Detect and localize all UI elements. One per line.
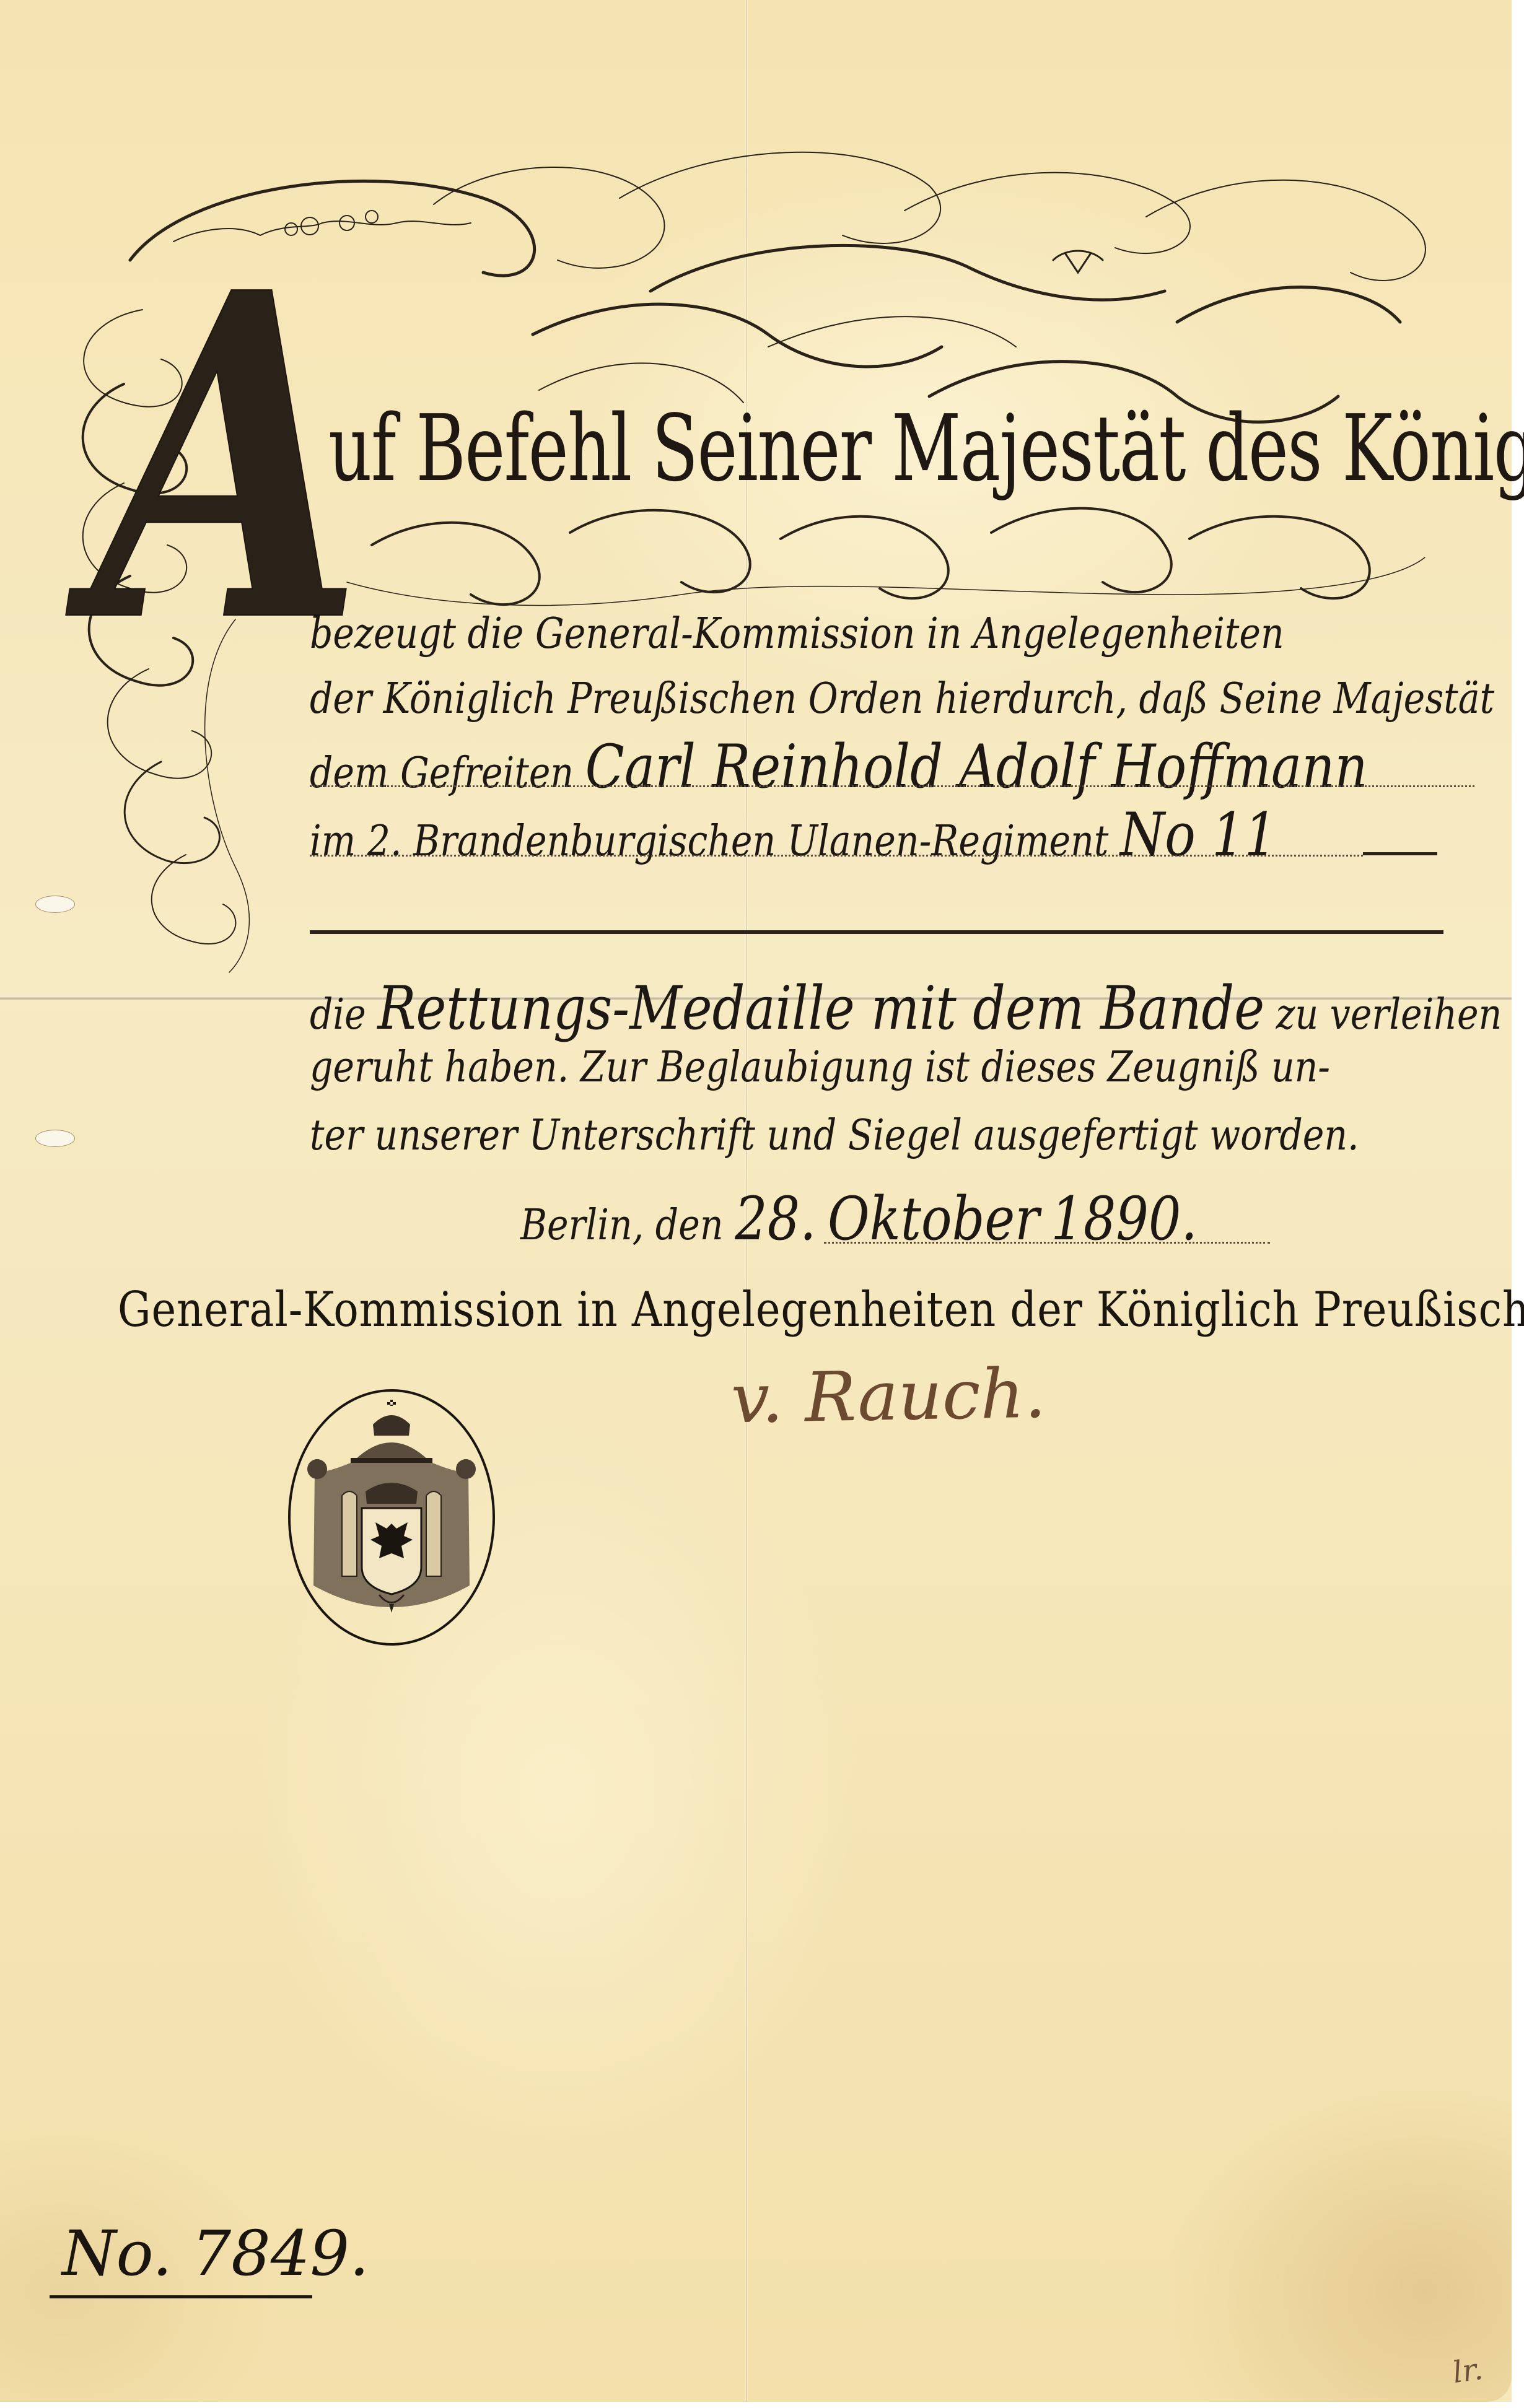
recipient-name: Carl Reinhold Adolf Hoffmann <box>585 732 1368 801</box>
date-place: Berlin, den <box>520 1201 735 1250</box>
award-name: Rettungs-Medaille mit dem Bande <box>377 974 1264 1043</box>
blank-award-rule <box>310 930 1443 934</box>
date-line: Berlin, den 28. Oktober 1890. <box>520 1189 1198 1249</box>
certificate-number: No. 7849. <box>50 2211 310 2304</box>
signature: v. Rauch. <box>730 1354 1046 1439</box>
body-line-5-award: die Rettungs-Medaille mit dem Bande zu v… <box>310 979 1502 1038</box>
unit-prefix: im 2. Brandenburgischen Ulanen-Regiment <box>310 817 1120 866</box>
prussian-coat-of-arms-seal-icon <box>286 1387 497 1647</box>
line-end-dash <box>1363 852 1437 855</box>
recipient-prefix: dem Gefreiten <box>310 749 585 798</box>
body-line-1: bezeugt die General-Kommission in Angele… <box>310 613 1284 655</box>
punch-hole-upper <box>35 896 75 913</box>
number-underline <box>50 2295 312 2298</box>
certificate-number-text: No. 7849. <box>62 2217 369 2290</box>
dotted-baseline-recipient <box>310 785 1474 787</box>
document-title: uf Befehl Seiner Majestät des Königs <box>328 403 1524 494</box>
body-line-3-recipient: dem Gefreiten Carl Reinhold Adolf Hoffma… <box>310 737 1368 796</box>
date-day: 28. <box>735 1184 816 1254</box>
body-line-2: der Königlich Preußischen Orden hierdurc… <box>310 678 1494 720</box>
award-article: die <box>310 990 377 1039</box>
issuer-line: General-Kommission in Angelegenheiten de… <box>118 1282 1524 1338</box>
dotted-baseline-date <box>824 1242 1270 1244</box>
number-value: 7849. <box>192 2217 369 2290</box>
punch-hole-lower <box>35 1130 75 1147</box>
dotted-baseline-unit <box>310 855 1363 857</box>
number-label: No. <box>62 2217 172 2290</box>
unit-number: No 11 <box>1120 800 1277 870</box>
award-verb: zu verleihen <box>1264 990 1502 1039</box>
scan-margin-right <box>1512 0 1524 2408</box>
body-line-6: geruht haben. Zur Beglaubigung ist diese… <box>310 1047 1330 1089</box>
body-line-7: ter unserer Unterschrift und Siegel ausg… <box>310 1115 1359 1157</box>
scan-margin-bottom <box>0 2402 1524 2408</box>
pencil-corner-mark: lr. <box>1450 2352 1485 2390</box>
